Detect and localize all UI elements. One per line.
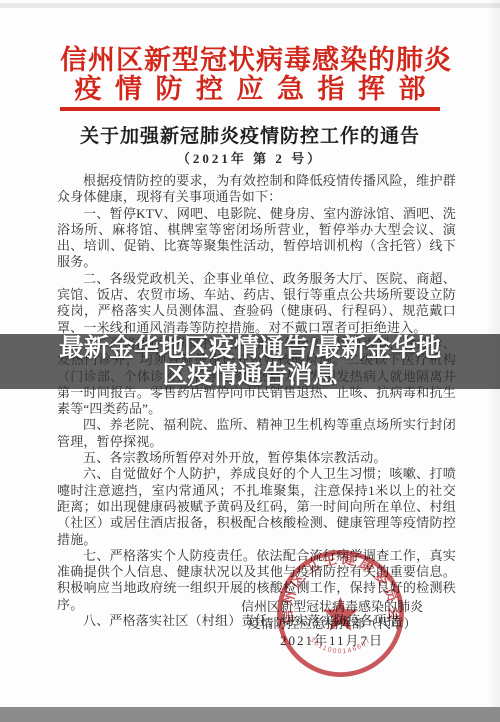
notice-paragraph-1: 一、暂停KTV、网吧、电影院、健身房、室内游泳馆、酒吧、洗浴场所、麻将馆、棋牌室…	[57, 206, 456, 271]
caption-overlay-banner: 最新金华地区疫情通告/最新金华地 区疫情通告消息	[0, 334, 500, 389]
notice-paragraph-intro: 根据疫情防控的要求，为有效控制和降低疫情传播风险，维护群众身体健康，现将有关事项…	[57, 173, 456, 206]
letterhead: 信州区新型冠状病毒感染的肺炎 疫情防控应急指挥部	[60, 46, 440, 111]
notice-paragraph-6: 六、自觉做好个人防护，养成良好的个人卫生习惯；咳嗽、打喷嚏时注意遮挡，室内常通风…	[57, 466, 456, 547]
photo-bottom-strip	[0, 707, 500, 722]
notice-paragraph-4: 四、养老院、福利院、监所、精神卫生机构等重点场所实行封闭管理，暂停探视。	[57, 417, 456, 450]
stamp-star-icon	[323, 597, 358, 631]
letterhead-line2: 疫情防控应急指挥部	[60, 75, 440, 104]
notice-paragraph-5: 五、各宗教场所暂停对外开放，暂停集体宗教活动。	[57, 450, 456, 466]
document-photo: 信州区新型冠状病毒感染的肺炎 疫情防控应急指挥部 关于加强新冠肺炎疫情防控工作的…	[0, 0, 500, 722]
notice-title: 关于加强新冠肺炎疫情防控工作的通告	[0, 121, 500, 148]
letterhead-underline	[60, 107, 440, 111]
letterhead-line1: 信州区新型冠状病毒感染的肺炎	[60, 46, 440, 75]
official-stamp: 信州区卫生健康委员会 3611000146607	[268, 541, 413, 686]
notice-paragraph-2: 二、各级党政机关、企事业单位、政务服务大厅、医院、商超、宾馆、饭店、农贸市场、车…	[57, 271, 456, 336]
caption-line2: 区疫情通告消息	[0, 362, 500, 389]
photo-top-strip	[0, 3, 500, 8]
caption-line1: 最新金华地区疫情通告/最新金华地	[0, 335, 500, 362]
issue-number: （2021年 第 2 号）	[0, 148, 500, 167]
stamp-serial: 3611000146607	[308, 637, 372, 656]
